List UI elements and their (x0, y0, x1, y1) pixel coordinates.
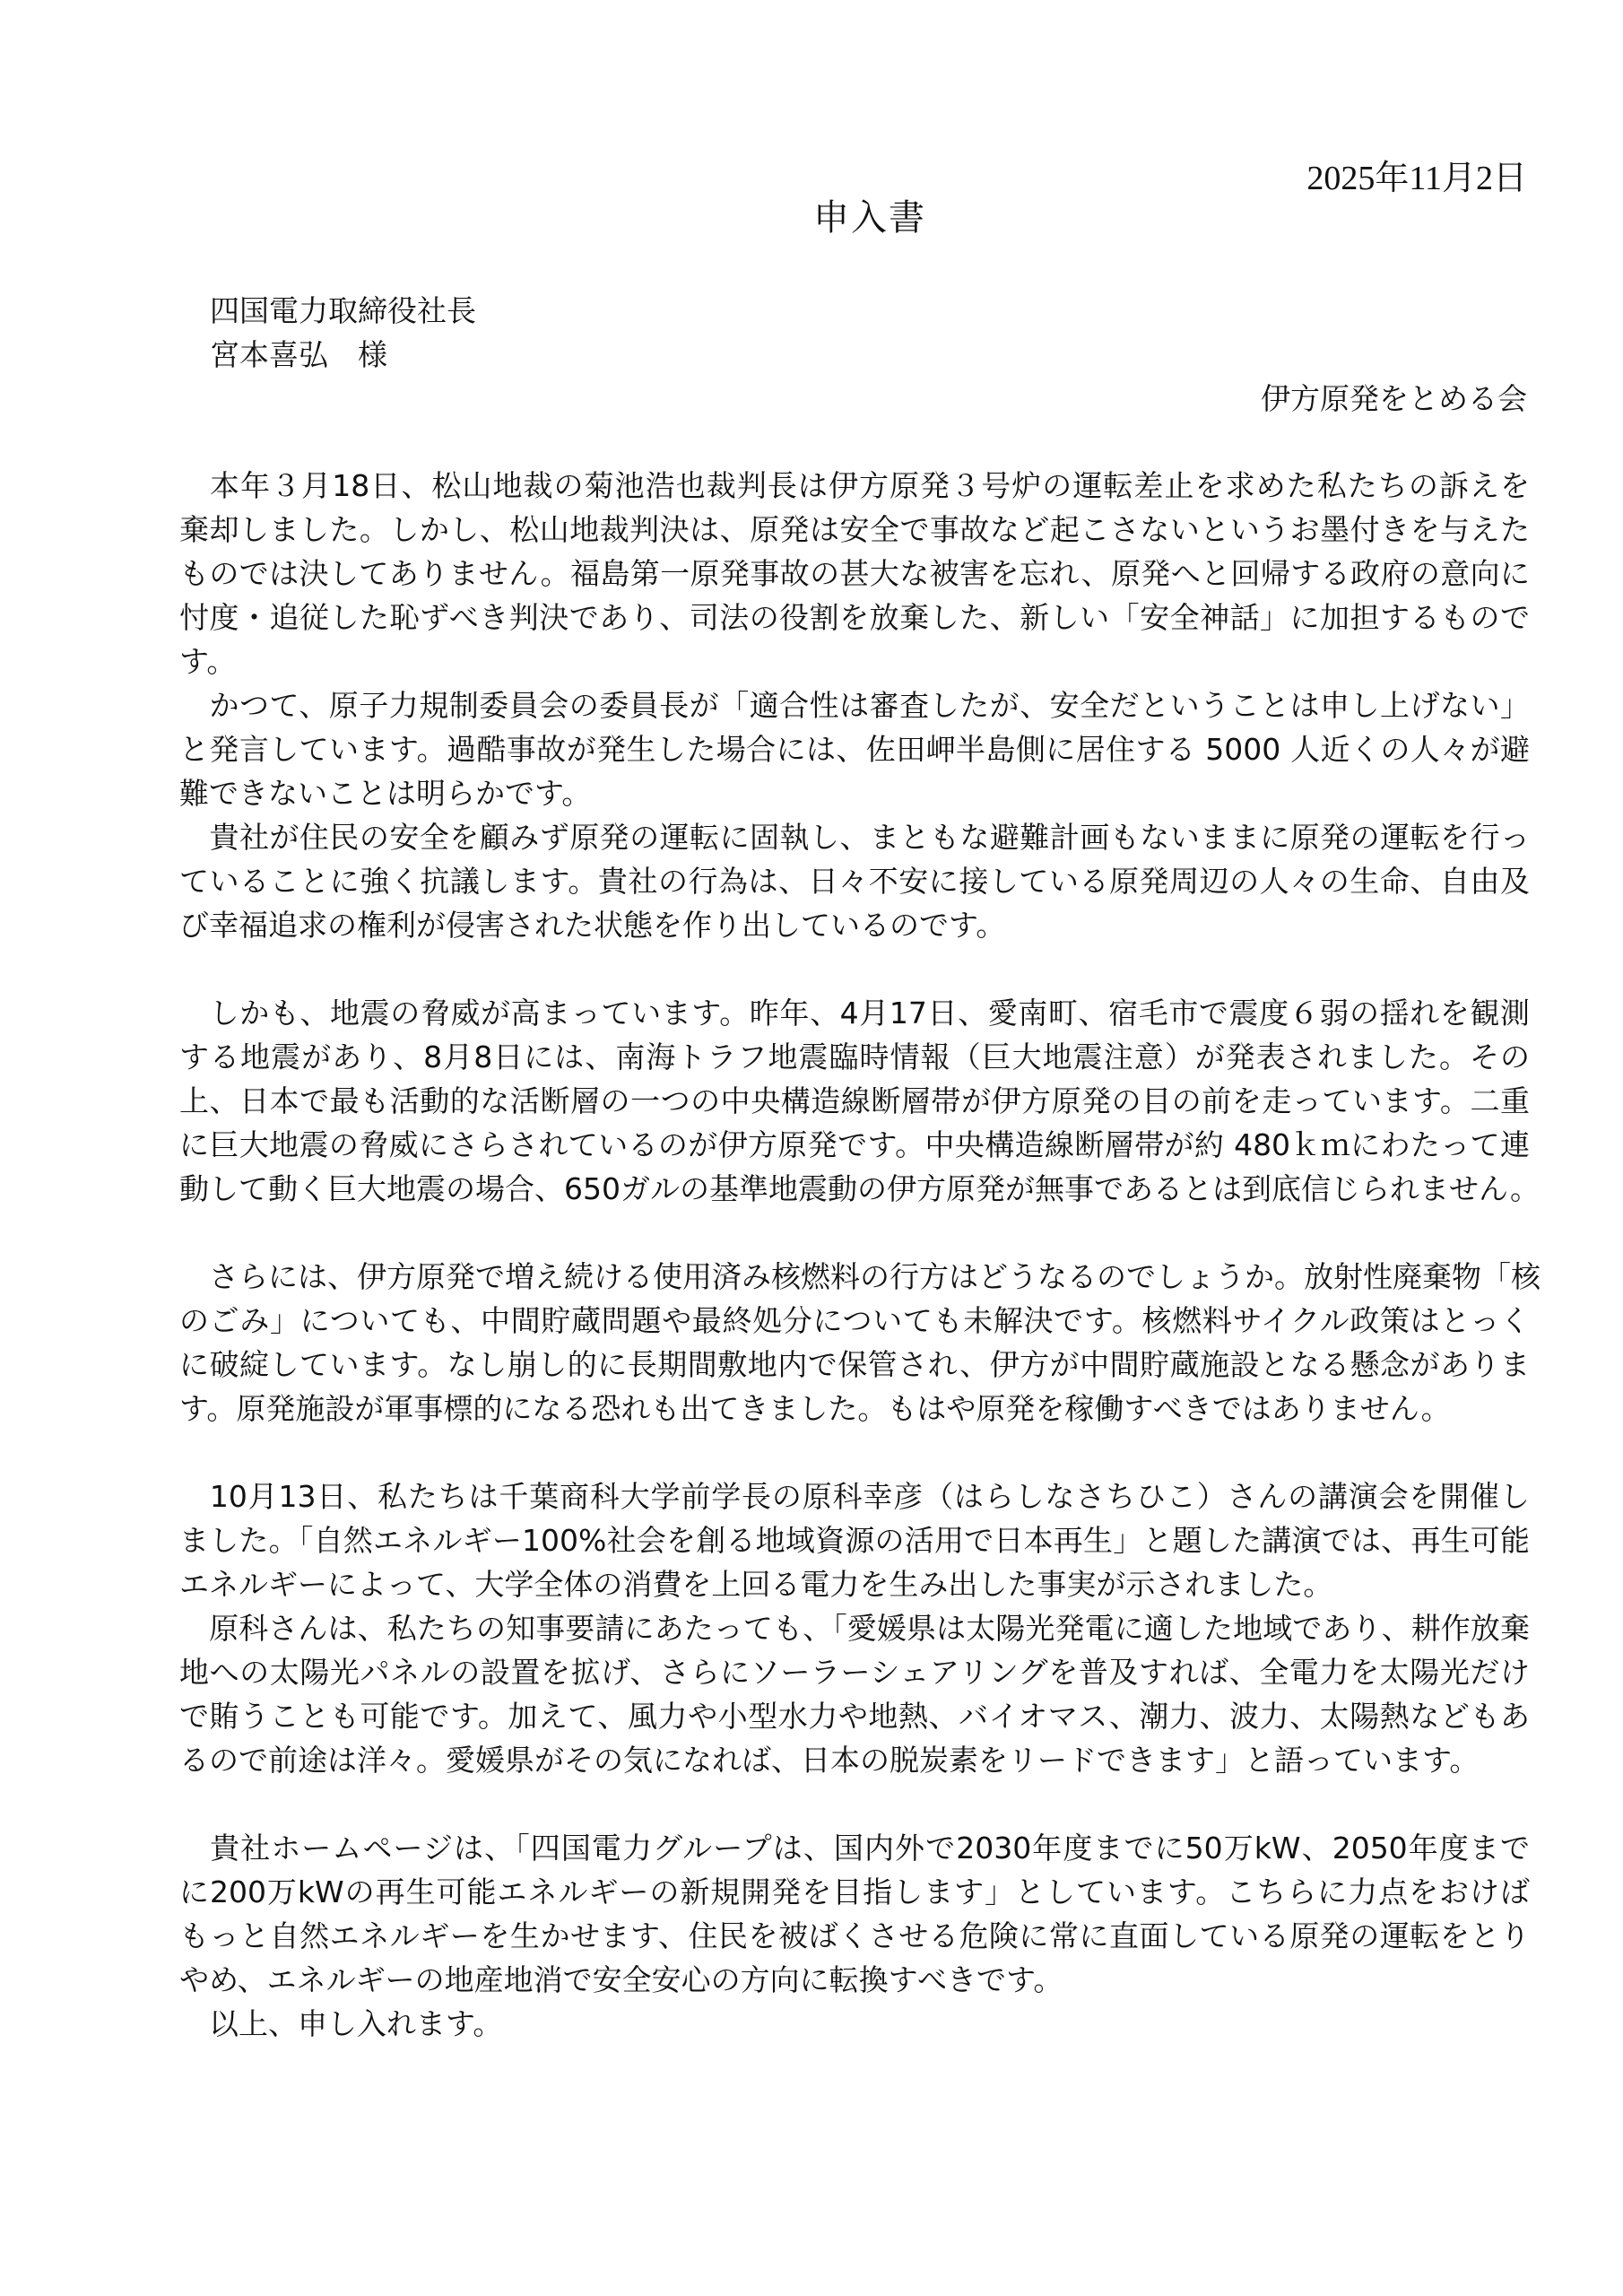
paragraph-line: 棄却しました。しかし、松山地裁判決は、原発は安全で事故など起こさないというお墨付… (179, 508, 1530, 552)
paragraph: 貴社が住民の安全を顧みず原発の運転に固執し、まともな避難計画もないままに原発の運… (179, 815, 1530, 947)
paragraph-line: るので前途は洋々。愛媛県がその気になれば、日本の脱炭素をリードできます」と語って… (179, 1738, 1530, 1782)
paragraph-line: と発言しています。過酷事故が発生した場合には、佐田岬半島側に居住する 5000 … (179, 727, 1530, 771)
paragraph-line: す。原発施設が軍事標的になる恐れも出てきました。もはや原発を稼働すべきではありま… (179, 1387, 1530, 1431)
paragraph-line: 忖度・追従した恥ずべき判決であり、司法の役割を放棄した、新しい「安全神話」に加担… (179, 596, 1530, 639)
paragraph-line: ていることに強く抗議します。貴社の行為は、日々不安に接している原発周辺の人々の生… (179, 859, 1530, 903)
paragraph-line: 以上、申し入れます。 (179, 2002, 1530, 2046)
paragraph: 原科さんは、私たちの知事要請にあたっても、「愛媛県は太陽光発電に適した地域であり… (179, 1606, 1530, 1782)
paragraph-spacer (179, 1782, 1530, 1826)
paragraph: さらには、伊方原発で増え続ける使用済み核燃料の行方はどうなるのでしょうか。放射性… (179, 1255, 1530, 1431)
paragraph-line: やめ、エネルギーの地産地消で安全安心の方向に転換すべきです。 (179, 1958, 1530, 2002)
addressee-title: 四国電力取締役社長 (210, 289, 476, 333)
paragraph-line: に破綻しています。なし崩し的に長期間敷地内で保管され、伊方が中間貯蔵施設となる懸… (179, 1343, 1530, 1387)
paragraph-line: 貴社ホームページは、「四国電力グループは、国内外で2030年度までに50万kW、… (179, 1826, 1530, 1870)
paragraph-spacer (179, 947, 1530, 991)
paragraph: 貴社ホームページは、「四国電力グループは、国内外で2030年度までに50万kW、… (179, 1826, 1530, 2002)
paragraph-line: ました。「自然エネルギー100%社会を創る地域資源の活用で日本再生」と題した講演… (179, 1518, 1530, 1562)
paragraph: 本年３月18日、松山地裁の菊池浩也裁判長は伊方原発３号炉の運転差止を求めた私たち… (179, 464, 1530, 683)
paragraph-line: び幸福追求の権利が侵害された状態を作り出しているのです。 (179, 903, 1530, 947)
paragraph-line: エネルギーによって、大学全体の消費を上回る電力を生み出した事実が示されました。 (179, 1562, 1530, 1606)
paragraph-line: する地震があり、8月8日には、南海トラフ地震臨時情報（巨大地震注意）が発表されま… (179, 1035, 1530, 1079)
paragraph-line: しかも、地震の脅威が高まっています。昨年、4月17日、愛南町、宿毛市で震度６弱の… (179, 991, 1530, 1035)
paragraph-line: さらには、伊方原発で増え続ける使用済み核燃料の行方はどうなるのでしょうか。放射性… (179, 1255, 1530, 1299)
paragraph: しかも、地震の脅威が高まっています。昨年、4月17日、愛南町、宿毛市で震度６弱の… (179, 991, 1530, 1211)
paragraph-line: 貴社が住民の安全を顧みず原発の運転に固執し、まともな避難計画もないままに原発の運… (179, 815, 1530, 859)
paragraph-line: に巨大地震の脅威にさらされているのが伊方原発です。中央構造線断層帯が約 480ｋ… (179, 1123, 1530, 1167)
paragraph: 以上、申し入れます。 (179, 2002, 1530, 2046)
paragraph-spacer (179, 1211, 1530, 1255)
paragraph-line: のごみ」についても、中間貯蔵問題や最終処分についても未解決です。核燃料サイクル政… (179, 1299, 1530, 1343)
paragraph-line: もっと自然エネルギーを生かせます、住民を被ばくさせる危険に常に直面している原発の… (179, 1914, 1530, 1958)
paragraph-line: に200万kWの再生可能エネルギーの新規開発を目指します」としています。こちらに… (179, 1870, 1530, 1914)
addressee-name: 宮本喜弘 様 (210, 333, 476, 377)
sender-organization: 伊方原発をとめる会 (1261, 377, 1527, 421)
paragraph-line: 上、日本で最も活動的な活断層の一つの中央構造線断層帯が伊方原発の目の前を走ってい… (179, 1079, 1530, 1123)
paragraph-line: 難できないことは明らかです。 (179, 771, 1530, 815)
paragraph-line: す。 (179, 639, 1530, 683)
addressee-block: 四国電力取締役社長 宮本喜弘 様 (210, 289, 476, 377)
paragraph-line: 10月13日、私たちは千葉商科大学前学長の原科幸彦（はらしなさちひこ）さんの講演… (179, 1474, 1530, 1518)
paragraph: かつて、原子力規制委員会の委員長が「適合性は審査したが、安全だということは申し上… (179, 683, 1530, 815)
paragraph-line: 原科さんは、私たちの知事要請にあたっても、「愛媛県は太陽光発電に適した地域であり… (179, 1606, 1530, 1650)
paragraph-line: かつて、原子力規制委員会の委員長が「適合性は審査したが、安全だということは申し上… (179, 683, 1530, 727)
paragraph-line: ものでは決してありません。福島第一原発事故の甚大な被害を忘れ、原発へと回帰する政… (179, 552, 1530, 596)
paragraph-line: 動して動く巨大地震の場合、650ガルの基準地震動の伊方原発が無事であるとは到底信… (179, 1167, 1530, 1211)
paragraph-spacer (179, 1431, 1530, 1474)
document-page: 2025年11月2日 申入書 四国電力取締役社長 宮本喜弘 様 伊方原発をとめる… (0, 0, 1623, 2296)
paragraph-line: 地への太陽光パネルの設置を拡げ、さらにソーラーシェアリングを普及すれば、全電力を… (179, 1650, 1530, 1694)
paragraph-line: で賄うことも可能です。加えて、風力や小型水力や地熱、バイオマス、潮力、波力、太陽… (179, 1694, 1530, 1738)
paragraph: 10月13日、私たちは千葉商科大学前学長の原科幸彦（はらしなさちひこ）さんの講演… (179, 1474, 1530, 1606)
letter-body: 本年３月18日、松山地裁の菊池浩也裁判長は伊方原発３号炉の運転差止を求めた私たち… (179, 464, 1530, 2046)
paragraph-line: 本年３月18日、松山地裁の菊池浩也裁判長は伊方原発３号炉の運転差止を求めた私たち… (179, 464, 1530, 508)
document-title: 申入書 (0, 194, 1623, 242)
